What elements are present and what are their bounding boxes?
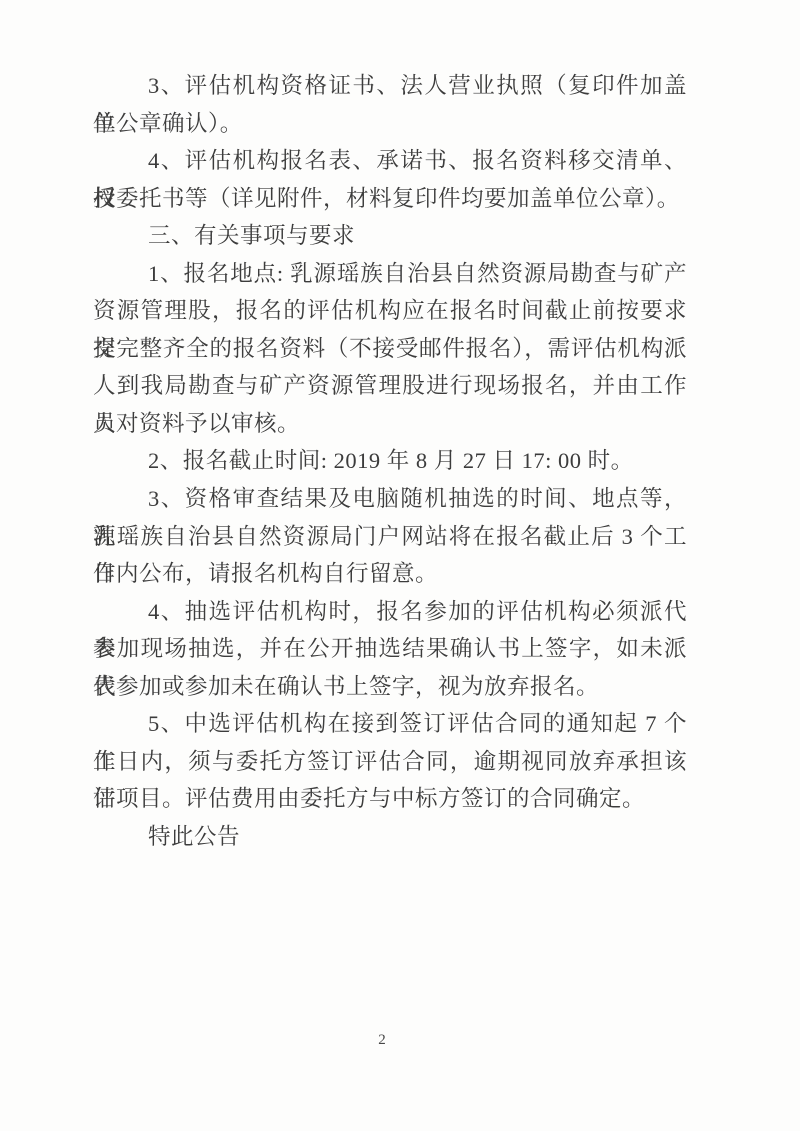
text-line: 特此公告 [93,818,687,856]
text-line: 估项目。评估费用由委托方与中标方签订的合同确定。 [93,780,687,818]
text-line: 位公章确认）。 [93,105,687,143]
text-line: 参加现场抽选，并在公开抽选结果确认书上签字，如未派代 [93,630,687,668]
text-line: 3、资格审查结果及电脑随机抽选的时间、地点等，乳 [93,480,687,518]
text-line: 资源管理股，报名的评估机构应在报名时间截止前按要求提 [93,292,687,330]
text-line: 2、报名截止时间: 2019 年 8 月 27 日 17: 00 时。 [93,442,687,480]
text-line: 表参加或参加未在确认书上签字，视为放弃报名。 [93,668,687,706]
text-line: 权委托书等（详见附件，材料复印件均要加盖单位公章）。 [93,180,687,218]
text-line: 4、抽选评估机构时，报名参加的评估机构必须派代表 [93,593,687,631]
text-line: 日内公布，请报名机构自行留意。 [93,555,687,593]
text-line: 源瑶族自治县自然资源局门户网站将在报名截止后 3 个工作 [93,518,687,556]
text-line: 交完整齐全的报名资料（不接受邮件报名），需评估机构派 [93,330,687,368]
text-line: 员对资料予以审核。 [93,405,687,443]
text-line: 作日内，须与委托方签订评估合同，逾期视同放弃承担该评 [93,743,687,781]
text-line: 5、中选评估机构在接到签订评估合同的通知起 7 个工 [93,705,687,743]
text-line: 人到我局勘查与矿产资源管理股进行现场报名，并由工作人 [93,367,687,405]
document-body: 3、评估机构资格证书、法人营业执照（复印件加盖单位公章确认）。4、评估机构报名表… [93,67,687,855]
text-line: 三、有关事项与要求 [93,217,687,255]
text-line: 3、评估机构资格证书、法人营业执照（复印件加盖单 [93,67,687,105]
document-page: 3、评估机构资格证书、法人营业执照（复印件加盖单位公章确认）。4、评估机构报名表… [0,0,800,1131]
page-number: 2 [0,1030,764,1050]
text-line: 1、报名地点: 乳源瑶族自治县自然资源局勘查与矿产 [93,255,687,293]
text-line: 4、评估机构报名表、承诺书、报名资料移交清单、授 [93,142,687,180]
